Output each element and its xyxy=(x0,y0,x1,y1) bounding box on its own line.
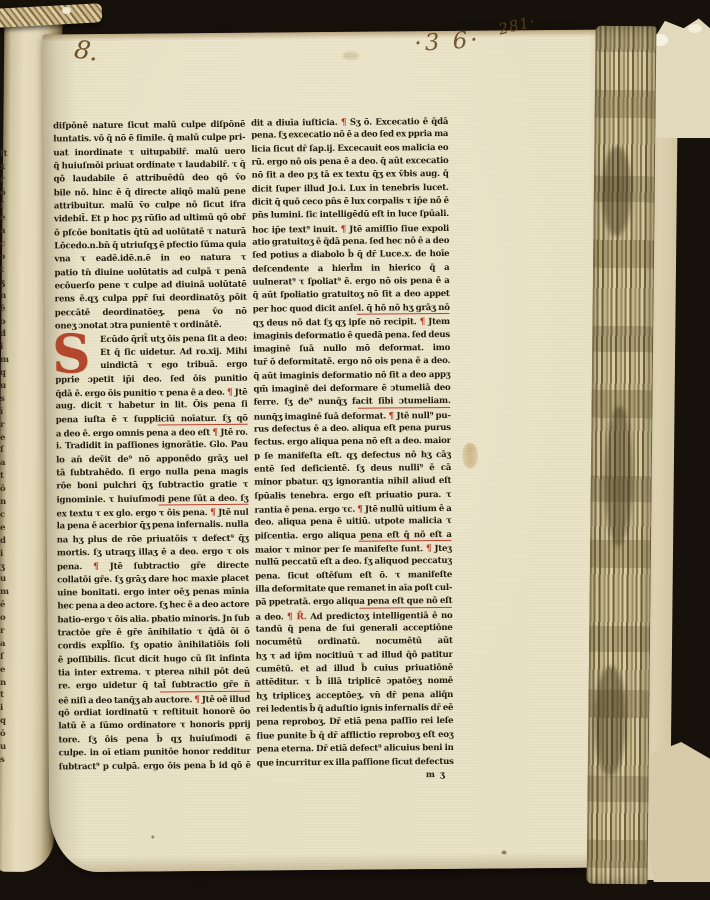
fragment-glyph: e xyxy=(0,212,14,225)
fragment-glyph: ſt xyxy=(0,148,14,161)
fragment-glyph: r xyxy=(0,625,14,638)
fragment-glyph: u xyxy=(0,380,14,393)
text-line: nō ſit a deo pʒ tā ex textu q̄ʒ ex v̄bis… xyxy=(252,168,449,183)
fragment-glyph: d xyxy=(0,535,14,548)
text-line: pā ppetratā. ergo aliqua pena eſt que nō… xyxy=(255,595,452,610)
rubric-mark: ¶ xyxy=(93,561,99,572)
fragment-glyph: ɔ xyxy=(0,251,14,264)
quire-signature-mark: m ʒ xyxy=(257,769,454,784)
text-line: que incurritur ex illa paſſione ſicut de… xyxy=(257,755,454,770)
text-line: latū ē a ſūmo ordinatore τ honoris pprij… xyxy=(58,719,250,734)
text-line: deo. aliqua pena ē uitiū. utpote malicia… xyxy=(255,515,452,530)
paper-chip xyxy=(688,24,702,33)
fragment-glyph: t xyxy=(0,264,14,277)
fragment-glyph: c xyxy=(0,509,14,522)
text-line: pena. ſʒ excecatio nō ē a deo ſed ex ppr… xyxy=(251,128,448,143)
text-line: fectus. ergo aliqua pena nō eſt a deo. m… xyxy=(254,435,451,450)
text-line: culpe. in oī etiam punitōe honor redditu… xyxy=(59,746,251,761)
handwritten-quire-mark: 8. xyxy=(72,34,100,66)
text-line: aug. dicit τ habetur in lit. Ōis pena ſi… xyxy=(56,399,248,414)
headband-fleck xyxy=(62,7,71,14)
fragment-glyph: ō xyxy=(0,187,14,200)
fragment-glyph: q xyxy=(0,715,14,728)
fragment-glyph: ſ xyxy=(0,200,14,213)
fragment-glyph: t xyxy=(0,470,14,483)
text-column-left: diſpōnē nature ſicut malū culpe diſpōnē … xyxy=(53,119,251,774)
fragment-glyph: ī xyxy=(0,406,14,419)
fragment-glyph: d xyxy=(0,328,14,341)
text-line: pena eterna. Dr̄ etiā defect⁹ alicuius b… xyxy=(257,742,454,757)
fragment-glyph: q xyxy=(0,367,14,380)
text-line: cordis expl̄ſio. ſʒ opatio ānihilatiōis … xyxy=(58,639,250,654)
text-line: nocumētū ordinatū. nocumētū aūt ɔparatiō… xyxy=(256,635,453,650)
fore-edge-blot xyxy=(594,666,627,776)
text-line: hec pena a deo actore. ſʒ hec ē a deo ac… xyxy=(57,599,249,614)
fragment-glyph: n xyxy=(0,677,14,690)
main-page: 8. ·3 6· 281· S diſpōnē nature ſicut mal… xyxy=(42,30,615,873)
fragment-glyph: n xyxy=(0,496,14,509)
text-line: minor pbatur. qʒ ignorantia nihil aliud … xyxy=(254,475,451,490)
fragment-glyph: e xyxy=(0,522,14,535)
fragment-glyph: i xyxy=(0,341,14,354)
torn-corner-bottom-right xyxy=(646,742,710,882)
stain xyxy=(462,443,478,469)
fore-edge xyxy=(587,26,657,885)
text-line: videbit̄. Et p hoc pʒ rūſio ad ultimū qō… xyxy=(54,212,246,227)
fragment-glyph: r xyxy=(0,174,14,187)
fragment-glyph: a xyxy=(0,638,14,651)
fragment-glyph: m xyxy=(0,586,14,599)
fragment-glyph: e xyxy=(0,432,14,445)
rubric-mark: ¶ xyxy=(388,410,394,421)
text-column-right: dit a diuīa iuſticia. ¶ Sʒ ō. Excecatio … xyxy=(251,115,454,784)
fragment-glyph: u xyxy=(0,741,14,754)
text-line: ferre. ſʒ de⁹ nunq̄ʒ facit ſibi ɔtumelia… xyxy=(254,395,451,410)
text-line: pena. ¶ Jtē ſubtractio gr̄e directe oppo… xyxy=(57,559,249,574)
rubric-mark: ¶ R̄. xyxy=(287,611,307,622)
stain xyxy=(151,836,154,839)
fragment-glyph: m xyxy=(0,354,14,367)
rubric-mark: ¶ xyxy=(194,694,200,705)
text-line: rens ē.qʒ culpa ppr̄ ſui deordinatōʒ pōi… xyxy=(55,292,247,307)
fragment-glyph: ō xyxy=(0,483,14,496)
headband xyxy=(0,3,102,28)
book-photo: { "photo": { "background_color": "#17110… xyxy=(0,0,710,900)
rubric-mark: ¶ xyxy=(212,427,218,438)
handwritten-foliation: 281· xyxy=(497,12,538,38)
rubric-mark: ¶ xyxy=(420,316,426,327)
text-line: pn̄s lumini. ſic intelligēdū eſt in luce… xyxy=(252,208,449,223)
text-line: la pena ē acerbior q̄ʒ pena infernalis. … xyxy=(57,519,249,534)
handwritten-leaf-number: ·3 6· xyxy=(414,27,482,57)
fragment-glyph: i xyxy=(0,702,14,715)
text-line: rōe boni pulchri q̄ʒ ſubtractio gratie τ… xyxy=(56,479,248,494)
fragment-glyph: ſ xyxy=(0,444,14,457)
text-line: ſubtract⁹ p culpā. ergo ōis pena b̄ id q… xyxy=(59,759,251,774)
fragment-glyph: u xyxy=(0,573,14,586)
fragment-glyph: a xyxy=(0,457,14,470)
fragment-glyph: n xyxy=(0,290,14,303)
text-line: nullū peccatū eſt a deo. ſʒ aliquod pecc… xyxy=(255,555,452,570)
fragment-glyph: c xyxy=(0,238,14,251)
text-line: uindictā τ ego tribuā. ergo uindicta xyxy=(55,359,247,374)
fragment-glyph: o xyxy=(0,612,14,625)
text-line: re. ergo uidetur q̄ tal̄ ſubtractio gr̄e… xyxy=(58,679,250,694)
fragment-glyph: i xyxy=(0,548,14,561)
text-line: vna τ eadē.idē.n.ē in eo natura τ uolūta… xyxy=(54,252,246,267)
fore-edge-blot xyxy=(604,406,633,546)
text-line: luntatis. vō q̄ nō ē ſimile. q̄ malū cul… xyxy=(53,132,245,147)
text-line: ſed potius a diabolo b̄ q̄ dr̄ Luce.x. d… xyxy=(252,248,449,263)
fragment-glyph: r xyxy=(0,419,14,432)
text-line: qʒ deus nō dat ſʒ qʒ ipſe nō recipit. ¶ … xyxy=(253,315,450,330)
text-line: attēditur. τ b̄ illā triplicē ɔpatōeʒ no… xyxy=(256,675,453,690)
rubric-mark: ¶ xyxy=(341,117,347,128)
fragment-glyph: ſ xyxy=(0,651,14,664)
text-line: qō laudabile ē attribuēdū deo qō v̄o uit… xyxy=(54,172,246,187)
fragment-glyph: ʒ xyxy=(0,561,14,574)
stain xyxy=(501,850,506,854)
text-line: tur̄ ō deformitatē. ergo nō ois pena ē a… xyxy=(253,355,450,370)
fragment-glyph: s xyxy=(0,393,14,406)
fragment-glyph: ō xyxy=(0,728,14,741)
fragment-glyph: ʒ xyxy=(0,277,14,290)
facing-page-text-fragments: ſtxrōſeacɔtʒnēodimqusīreſatōncediʒumēora… xyxy=(0,148,14,770)
rubric-mark: ¶ xyxy=(426,543,432,554)
fore-edge-blot xyxy=(601,146,632,236)
text-line: i. Tradidit in paſſiones ignorātie. Glo.… xyxy=(56,439,248,454)
fragment-glyph: o xyxy=(0,316,14,329)
rubric-mark: ¶ xyxy=(341,224,347,235)
rubric-mark: ¶ xyxy=(227,387,233,398)
text-line: oneʒ ɔnotat ɔtra punientē τ ordinātē. xyxy=(55,319,247,334)
fragment-glyph: a xyxy=(0,225,14,238)
fragment-glyph: t xyxy=(0,689,14,702)
fragment-glyph: e xyxy=(0,664,14,677)
fragment-glyph: s xyxy=(0,754,14,767)
rubric-mark: ¶ xyxy=(210,507,216,518)
rubric-mark: ¶ xyxy=(357,504,363,515)
fragment-glyph: x xyxy=(0,161,14,174)
fragment-glyph: ē xyxy=(0,303,14,316)
stain xyxy=(343,52,359,60)
fragment-glyph: ē xyxy=(0,599,14,612)
